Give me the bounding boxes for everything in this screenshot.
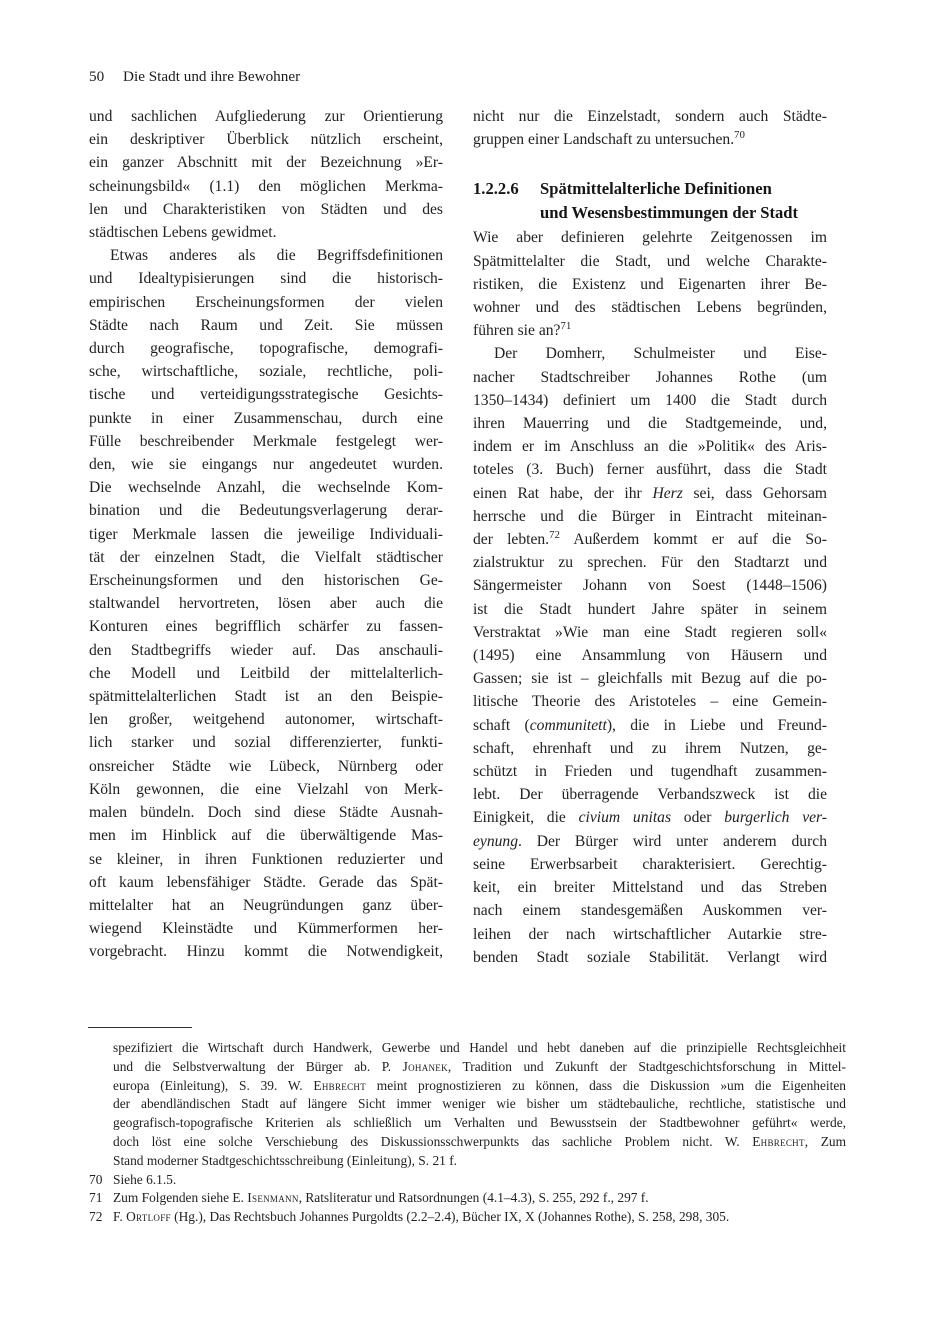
text-line: onsreicher Städte wie Lübeck, Nürnberg o… [89,755,443,778]
text-line: durch geografische, topografische, demog… [89,337,443,360]
text-line: doch löst eine solche Verschiebung des D… [113,1133,846,1152]
footnote-text: F. Ortloff (Hg.), Das Rechtsbuch Johanne… [113,1209,729,1224]
footnote-item: 70 Siehe 6.1.5. [89,1171,846,1190]
footnotes: spezifiziert die Wirtschaft durch Handwe… [89,1039,846,1227]
text-line: Spätmittelalter die Stadt, und welche Ch… [473,250,827,273]
text-line: 1350–1434) definiert um 1400 die Stadt d… [473,389,827,412]
text-line: schaft, ehrenhaft und zu ihrem Nutzen, g… [473,737,827,760]
text-line: (1495) eine Ansammlung von Häusern und [473,644,827,667]
text-line: gruppen einer Landschaft zu untersuchen.… [473,128,827,151]
text-line: schützt in Frieden und tugendhaft zusamm… [473,760,827,783]
text-line: tät der einzelnen Stadt, die Vielfalt st… [89,546,443,569]
right-column-paragraph-2: Wie aber definieren gelehrte Zeitgenosse… [473,226,827,969]
text-line: ist die Stadt hundert Jahre später in se… [473,598,827,621]
text-line: Einigkeit, die civium unitas oder burger… [473,806,827,829]
book-page: 50Die Stadt und ihre Bewohner und sachli… [0,0,935,1319]
text-line: nach einem standesgemäßen Auskommen ver- [473,899,827,922]
text-line: che Modell und Leitbild der mittelalterl… [89,662,443,685]
section-number: 1.2.2.6 [473,177,540,201]
text-line: eynung. Der Bürger wird unter anderem du… [473,830,827,853]
text-line: europa (Einleitung), S. 39. W. Ehbrecht … [113,1077,846,1096]
text-line: städtischen Lebens gewidmet. [89,221,443,244]
text-line: litische Theorie des Aristoteles – eine … [473,690,827,713]
text-line: der lebten.72 Außerdem kommt er auf die … [473,528,827,551]
text-line: Städte nach Raum und Zeit. Sie müssen [89,314,443,337]
text-line: Sängermeister Johann von Soest (1448–150… [473,574,827,597]
text-line: den Stadtbegriffs wieder auf. Das anscha… [89,639,443,662]
text-line: wiegend Kleinstädte und Kümmerformen her… [89,917,443,940]
right-column-paragraph-1: nicht nur die Einzelstadt, sondern auch … [473,105,827,151]
footnote-item: 71 Zum Folgenden siehe E. Isenmann, Rats… [89,1189,846,1208]
text-line: zialstruktur zu sprechen. Für den Stadta… [473,551,827,574]
text-line: len großer, weitgehend autonomer, wirtsc… [89,708,443,731]
text-line: staltwandel hervortreten, lösen aber auc… [89,592,443,615]
text-line: spätmittelalterlichen Stadt ist an den B… [89,685,443,708]
text-line: Konturen eines begrifflich schärfer zu f… [89,615,443,638]
footnote-number: 70 [89,1171,102,1190]
text-line: leihen der nach wirtschaftlicher Autarki… [473,923,827,946]
text-line: Fülle beschreibender Merkmale festgelegt… [89,430,443,453]
text-line: den, wie sie eingangs nur angedeutet wur… [89,453,443,476]
text-line: lich starker und sozial differenzierter,… [89,731,443,754]
page-number: 50 [89,68,123,86]
text-line: keit, ein breiter Mittelstand und das St… [473,876,827,899]
text-line: punkte in einer Zusammenschau, durch ein… [89,407,443,430]
text-line: Gassen; sie ist – gleichfalls mit Bezug … [473,667,827,690]
text-line: führen sie an?71 [473,319,827,342]
text-line: vorgebracht. Hinzu kommt die Notwendigke… [89,940,443,963]
text-line: herrsche und die Bürger in Eintracht mit… [473,505,827,528]
text-line: malen bündeln. Doch sind diese Städte Au… [89,801,443,824]
footnote-text: Zum Folgenden siehe E. Isenmann, Ratslit… [113,1190,649,1205]
text-line: tiger Merkmale lassen die jeweilige Indi… [89,523,443,546]
text-line: ristiken, die Existenz und Eigenarten ih… [473,273,827,296]
text-line: mittelalter hat an Neugründungen ganz üb… [89,894,443,917]
left-column: und sachlichen Aufgliederung zur Orienti… [89,105,443,964]
text-line: lebt. Der überragende Verbandszweck ist … [473,783,827,806]
text-line: tische und verteidigungsstrategische Ges… [89,383,443,406]
section-title-line2: und Wesensbestimmungen der Stadt [473,201,827,225]
text-line: len und Charakteristiken von Städten und… [89,198,443,221]
text-line: ein deskriptiver Überblick nützlich ersc… [89,128,443,151]
text-line: Der Domherr, Schulmeister und Eise- [473,342,827,365]
text-line: men im Hinblick auf die überwältigende M… [89,824,443,847]
footnote-number: 71 [89,1189,102,1208]
text-line: empirischen Erscheinungsformen der viele… [89,291,443,314]
text-line: sche, wirtschaftliche, soziale, rechtlic… [89,360,443,383]
footnote-item: 72 F. Ortloff (Hg.), Das Rechtsbuch Joha… [89,1208,846,1227]
text-line: bination und die Bedeutungsverlagerung d… [89,499,443,522]
text-line: seine Erwerbsarbeit charakterisiert. Ger… [473,853,827,876]
footnote-text: Siehe 6.1.5. [113,1172,176,1187]
text-line: der abendländischen Stadt auf längere Si… [113,1095,846,1114]
right-column: nicht nur die Einzelstadt, sondern auch … [473,105,827,969]
text-line: Etwas anderes als die Begriffsdefinition… [89,244,443,267]
text-line: scheinungsbild« (1.1) den möglichen Merk… [89,175,443,198]
text-line: wohner und des städtischen Lebens begrün… [473,296,827,319]
text-line: benden Stadt soziale Stabilität. Verlang… [473,946,827,969]
text-line: spezifiziert die Wirtschaft durch Handwe… [113,1039,846,1058]
text-line: geografisch-topografische Kriterien als … [113,1114,846,1133]
text-line: toteles (3. Buch) ferner ausführt, dass … [473,458,827,481]
text-line: Stand moderner Stadtgeschichtsschreibung… [113,1152,846,1171]
text-line: Köln gewonnen, die eine Vielzahl von Mer… [89,778,443,801]
text-line: und sachlichen Aufgliederung zur Orienti… [89,105,443,128]
text-line: einen Rat habe, der ihr Herz sei, dass G… [473,482,827,505]
section-title-line1: Spätmittelalterliche Definitionen [540,179,772,198]
text-line: se kleiner, in ihren Funktionen reduzier… [89,848,443,871]
footnote-continuation: spezifiziert die Wirtschaft durch Handwe… [113,1039,846,1171]
text-line: nicht nur die Einzelstadt, sondern auch … [473,105,827,128]
footnote-separator [88,1027,192,1028]
text-line: ein ganzer Abschnitt mit der Bezeichnung… [89,151,443,174]
text-line: schaft (communitett), die in Liebe und F… [473,714,827,737]
text-line: und Idealtypisierungen sind die historis… [89,267,443,290]
text-line: Erscheinungsformen und den historischen … [89,569,443,592]
text-line: Wie aber definieren gelehrte Zeitgenosse… [473,226,827,249]
running-title: Die Stadt und ihre Bewohner [123,68,300,85]
text-line: oft kaum lebensfähiger Städte. Gerade da… [89,871,443,894]
text-line: Verstraktat »Wie man eine Stadt regieren… [473,621,827,644]
page-header: 50Die Stadt und ihre Bewohner [89,68,300,86]
text-line: und die Selbstverwaltung der Bürger ab. … [113,1058,846,1077]
text-line: nacher Stadtschreiber Johannes Rothe (um [473,366,827,389]
text-line: indem er im Anschluss an die »Politik« d… [473,435,827,458]
section-heading: 1.2.2.6Spätmittelalterliche Definitionen… [473,177,827,225]
text-line: Die wechselnde Anzahl, die wechselnde Ko… [89,476,443,499]
text-line: ihren Mauerring und die Stadtgemeinde, u… [473,412,827,435]
footnote-number: 72 [89,1208,102,1227]
